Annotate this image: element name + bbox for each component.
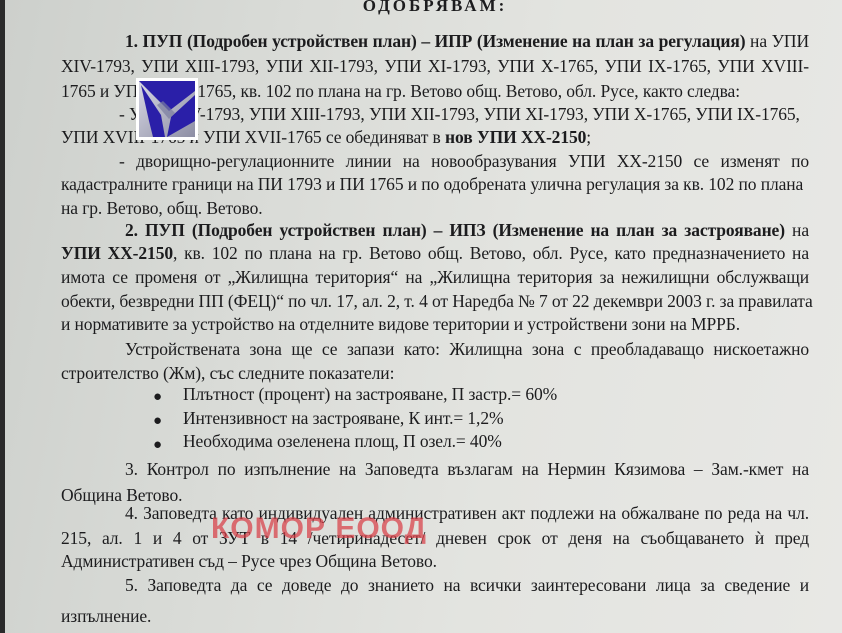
section-2-line-5: и нормативите за устройство на отделните… <box>61 313 809 335</box>
section-2-line-6: Устройствената зона ще се запази като: Ж… <box>125 338 809 360</box>
section-5-line-2: изпълнение. <box>61 605 809 627</box>
logo-mark-icon <box>139 81 195 137</box>
indicator-intensity: Интензивност на застрояване, К инт.= 1,2… <box>183 407 683 429</box>
company-watermark: КОМОР ЕООД <box>211 512 427 546</box>
section-3-line-1: 3. Контрол по изпълнение на Заповедта въ… <box>125 458 809 480</box>
bullet-icon: ● <box>153 434 162 456</box>
section-1-line-7: кадастралните граници на ПИ 1793 и ПИ 17… <box>61 173 809 195</box>
company-logo-icon <box>136 78 198 140</box>
bullet-icon: ● <box>153 386 162 408</box>
section-2-line-4: обекти, безвредни ПП (ФЕЦ)“ по чл. 17, а… <box>61 290 809 312</box>
section-2-line-3: имота се променя от „Жилищна територия“ … <box>61 266 809 288</box>
section-4-line-3: Административен съд – Русе чрез Община В… <box>61 550 809 572</box>
section-1-line-1: 1. ПУП (Подробен устройствен план) – ИПР… <box>125 30 809 52</box>
indicator-density: Плътност (процент) на застрояване, П зас… <box>183 383 683 405</box>
document-title: ОДОБРЯВАМ: <box>335 0 535 16</box>
section-1-line-8: на гр. Ветово, общ. Ветово. <box>61 197 809 219</box>
indicator-green-area: Необходима озеленена площ, П озел.= 40% <box>183 430 683 452</box>
section-1-line-6: - дворищно-регулационните линии на новоо… <box>119 150 809 172</box>
bullet-icon: ● <box>153 410 162 432</box>
section-4-line-2: 215, ал. 1 и 4 от ЗУТ в 14 /четиринадесе… <box>61 527 809 549</box>
section-2-line-7: строителство (Жм), със следните показате… <box>61 362 809 384</box>
section-2-line-1: 2. ПУП (Подробен устройствен план) – ИПЗ… <box>125 219 809 241</box>
section-1-line-4: - УПИ XIV-1793, УПИ XIII-1793, УПИ XII-1… <box>119 103 809 125</box>
document-page: ОДОБРЯВАМ: 1. ПУП (Подробен устройствен … <box>5 0 842 633</box>
section-2-line-2: УПИ XX-2150, кв. 102 по плана на гр. Вет… <box>61 242 809 264</box>
section-1-line-2: XIV-1793, УПИ XIII-1793, УПИ XII-1793, У… <box>61 55 809 77</box>
section-5-line-1: 5. Заповедта да се доведе до знанието на… <box>125 574 809 596</box>
